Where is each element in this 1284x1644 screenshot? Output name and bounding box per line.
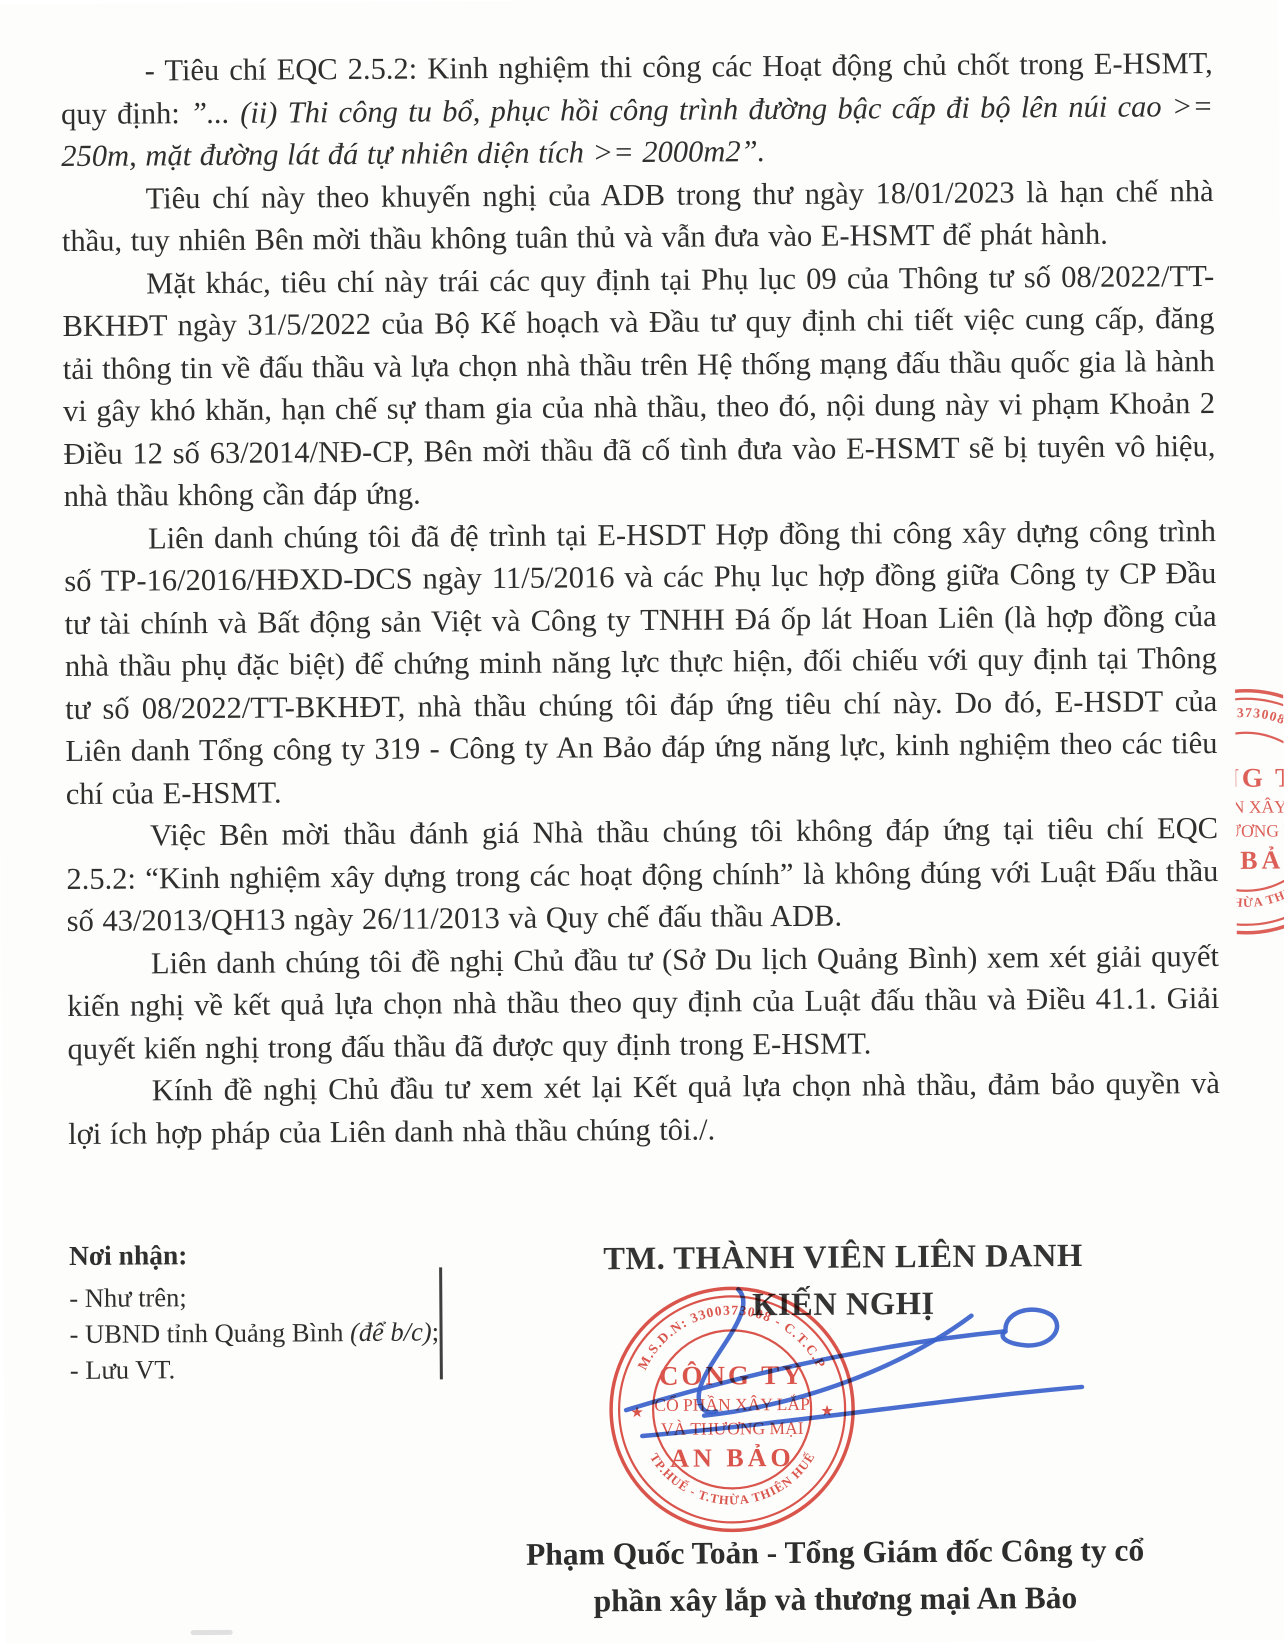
paragraph-7: Kính đề nghị Chủ đầu tư xem xét lại Kết …	[68, 1062, 1221, 1155]
paragraph-1-quote-italic: ”... (ii) Thi công tu bổ, phục hồi công …	[61, 88, 1213, 173]
signature-ink	[583, 1265, 1104, 1461]
signer-name-line2: phần xây lắp và thương mại An Bảo	[475, 1573, 1195, 1625]
recipient-item-punct: ;	[432, 1316, 440, 1346]
recipient-item: - UBND tỉnh Quảng Bình (để b/c);	[69, 1313, 439, 1352]
signer-name: Phạm Quốc Toản - Tổng Giám đốc Công ty c…	[475, 1526, 1196, 1625]
stamp-company-line: VÀ THƯƠNG MẠI	[1235, 820, 1284, 841]
stamp-company-name: AN BẢO	[1235, 845, 1284, 875]
scan-smudge	[191, 1630, 233, 1635]
paragraph-2: Tiêu chí này theo khuyến nghị của ADB tr…	[61, 169, 1214, 262]
recipient-item-note: (để b/c)	[350, 1316, 432, 1347]
paragraph-1: - Tiêu chí EQC 2.5.2: Kinh nghiệm thi cô…	[61, 42, 1214, 178]
recipients-block: Nơi nhận: - Như trên; - UBND tỉnh Quảng …	[69, 1235, 440, 1388]
paragraph-5-text: Việc Bên mời thầu đánh giá Nhà thầu chún…	[66, 811, 1218, 938]
scanned-letter-page: - Tiêu chí EQC 2.5.2: Kinh nghiệm thi cô…	[0, 0, 1284, 1644]
paragraph-4-text: Liên danh chúng tôi đã đệ trình tại E-HS…	[64, 513, 1217, 810]
recipient-item-text: - UBND tỉnh Quảng Bình	[69, 1317, 350, 1349]
signer-name-line1: Phạm Quốc Toản - Tổng Giám đốc Công ty c…	[475, 1526, 1195, 1578]
paragraph-6-text: Liên danh chúng tôi đề nghị Chủ đầu tư (…	[67, 938, 1219, 1065]
stamp-company-line: CÔNG TY	[1235, 762, 1284, 793]
signature-scribble-icon	[583, 1265, 1104, 1461]
paragraph-3-text: Mặt khác, tiêu chí này trái các quy định…	[62, 258, 1215, 513]
paragraph-7-text: Kính đề nghị Chủ đầu tư xem xét lại Kết …	[68, 1066, 1220, 1151]
partial-seal-stamp-edge: M.S.D.N: 3300373008 - C.T.C.P TP.HUẾ - T…	[1235, 686, 1284, 940]
recipient-item: - Như trên;	[69, 1277, 439, 1316]
seal-fragment-icon: M.S.D.N: 3300373008 - C.T.C.P TP.HUẾ - T…	[1235, 686, 1284, 939]
paragraph-6: Liên danh chúng tôi đề nghị Chủ đầu tư (…	[67, 934, 1220, 1070]
scan-artifact-line	[439, 1267, 443, 1379]
recipient-item: - Lưu VT.	[70, 1349, 440, 1388]
paragraph-4: Liên danh chúng tôi đã đệ trình tại E-HS…	[64, 509, 1218, 815]
recipients-label: Nơi nhận:	[69, 1235, 439, 1274]
stamp-company-line: CỔ PHẦN XÂY LẮP	[1235, 796, 1284, 817]
letter-body: - Tiêu chí EQC 2.5.2: Kinh nghiệm thi cô…	[61, 42, 1221, 1155]
paragraph-2-text: Tiêu chí này theo khuyến nghị của ADB tr…	[62, 173, 1214, 258]
paragraph-3: Mặt khác, tiêu chí này trái các quy định…	[62, 254, 1216, 517]
paragraph-5: Việc Bên mời thầu đánh giá Nhà thầu chún…	[66, 807, 1219, 943]
